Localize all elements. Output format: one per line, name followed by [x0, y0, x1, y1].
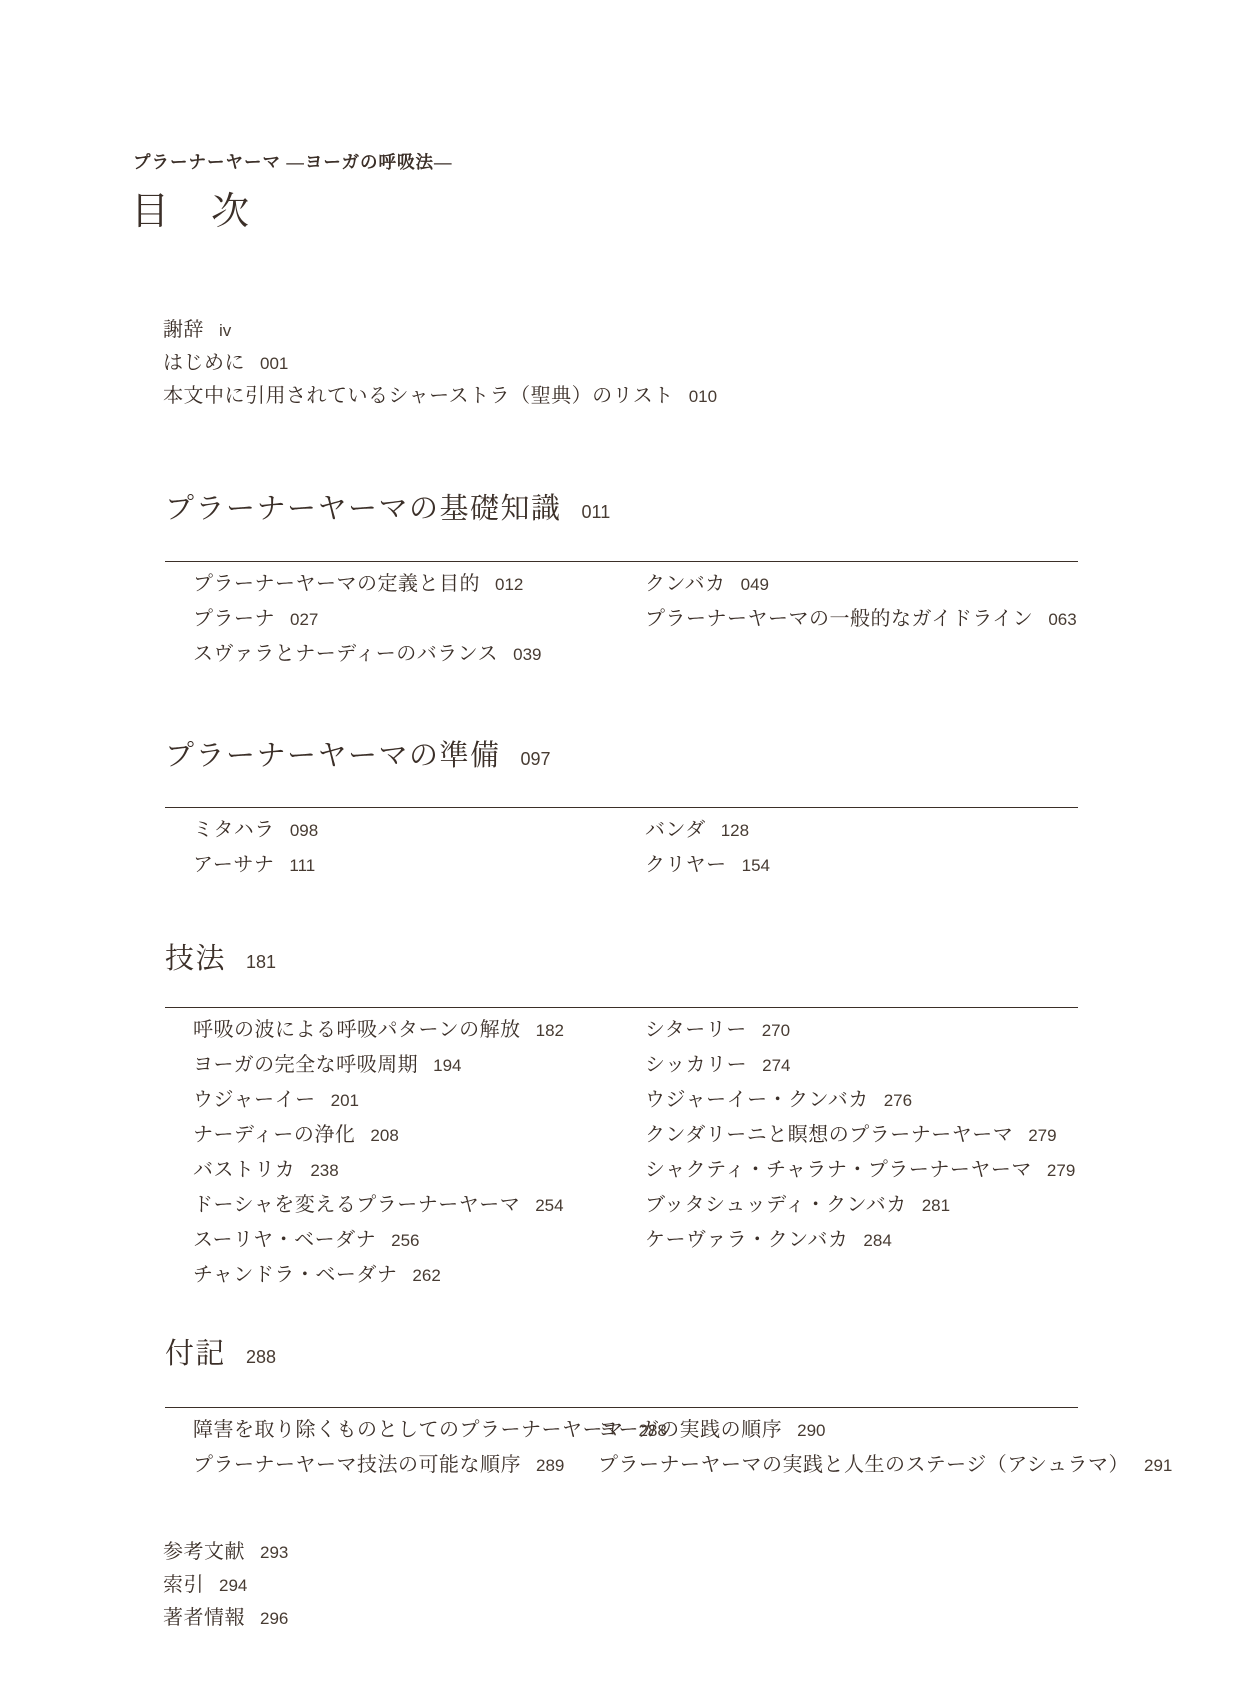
toc-entry-page: 281	[922, 1196, 950, 1215]
toc-entry-page: 208	[370, 1126, 398, 1145]
toc-entry: シッカリー274	[645, 1048, 1078, 1083]
toc-entry-label: プラーナーヤーマの実践と人生のステージ（アシュラマ）	[598, 1454, 1129, 1476]
toc-entry-page: 291	[1144, 1456, 1172, 1475]
toc-entry-page: 049	[741, 575, 769, 594]
toc-entry-page: 270	[762, 1021, 790, 1040]
section-title: 技法	[165, 943, 226, 975]
toc-entry: ブッタシュッディ・クンバカ281	[645, 1188, 1078, 1223]
toc-entry-label: シャクティ・チャラナ・プラーナーヤーマ	[645, 1159, 1032, 1181]
toc-entry: 障害を取り除くものとしてのプラーナーヤーマ288	[193, 1413, 598, 1448]
toc-entry-label: シターリー	[645, 1019, 747, 1041]
toc-entry-label: はじめに	[163, 352, 245, 374]
section-right-column: クンバカ049プラーナーヤーマの一般的なガイドライン063	[645, 567, 1078, 672]
toc-entry-label: クリヤー	[645, 854, 727, 876]
toc-entry-page: 012	[495, 575, 523, 594]
toc-entry-label: ヨーガの実践の順序	[598, 1419, 782, 1441]
toc-entry: プラーナ027	[193, 602, 645, 637]
toc-entry-page: 262	[412, 1266, 440, 1285]
toc-entry-page: 001	[260, 354, 288, 373]
toc-entry-label: クンバカ	[645, 573, 726, 595]
toc-entry-page: 290	[797, 1421, 825, 1440]
toc-entry: バストリカ238	[193, 1153, 645, 1188]
section-rule	[165, 807, 1078, 808]
toc-entry-label: 索引	[163, 1574, 204, 1596]
toc-entry: 著者情報296	[163, 1602, 288, 1635]
section-left-column: 呼吸の波による呼吸パターンの解放182ヨーガの完全な呼吸周期194ウジャーイー2…	[193, 1013, 645, 1293]
toc-entry: プラーナーヤーマの実践と人生のステージ（アシュラマ）291	[598, 1448, 1172, 1483]
toc-entry-page: 274	[762, 1056, 790, 1075]
toc-entry-page: 098	[290, 821, 318, 840]
toc-entry-label: プラーナーヤーマの定義と目的	[193, 573, 480, 595]
section-page-number: 181	[246, 952, 276, 972]
toc-entry: 本文中に引用されているシャーストラ（聖典）のリスト010	[163, 380, 717, 413]
toc-entry-page: 293	[260, 1543, 288, 1562]
section-heading: プラーナーヤーマの準備 097	[165, 733, 1078, 774]
section-title: プラーナーヤーマの準備	[165, 740, 501, 772]
toc-entry-label: アーサナ	[193, 854, 274, 876]
toc-entry-label: スヴァラとナーディーのバランス	[193, 643, 498, 665]
section-right-column: ヨーガの実践の順序290プラーナーヤーマの実践と人生のステージ（アシュラマ）29…	[598, 1413, 1172, 1483]
toc-entry-label: バンダ	[645, 819, 706, 841]
toc-entry-page: 289	[536, 1456, 564, 1475]
toc-entry: ケーヴァラ・クンバカ284	[645, 1223, 1078, 1258]
section-left-column: 障害を取り除くものとしてのプラーナーヤーマ288プラーナーヤーマ技法の可能な順序…	[193, 1413, 598, 1483]
section-title: 付記	[165, 1338, 226, 1370]
section-rule	[165, 1407, 1078, 1408]
toc-entry: クンダリーニと瞑想のプラーナーヤーマ279	[645, 1118, 1078, 1153]
toc-entry-label: 参考文献	[163, 1541, 245, 1563]
toc-entry-page: 276	[884, 1091, 912, 1110]
toc-entry-label: シッカリー	[645, 1054, 747, 1076]
frontmatter-list: 謝辞ivはじめに001本文中に引用されているシャーストラ（聖典）のリスト010	[163, 314, 717, 413]
section-right-column: シターリー270シッカリー274ウジャーイー・クンバカ276クンダリーニと瞑想の…	[645, 1013, 1078, 1293]
toc-entry-page: 182	[536, 1021, 564, 1040]
toc-entry-label: ウジャーイー・クンバカ	[645, 1089, 869, 1111]
toc-entry-label: プラーナーヤーマの一般的なガイドライン	[645, 608, 1033, 630]
toc-entry-page: 154	[742, 856, 770, 875]
toc-entry: プラーナーヤーマの定義と目的012	[193, 567, 645, 602]
toc-entry-page: 010	[689, 387, 717, 406]
section-page-number: 097	[521, 749, 551, 769]
toc-entry-label: ケーヴァラ・クンバカ	[645, 1229, 848, 1251]
toc-entry-label: 謝辞	[163, 319, 204, 341]
toc-entry-label: ミタハラ	[193, 819, 275, 841]
section-left-column: プラーナーヤーマの定義と目的012プラーナ027スヴァラとナーディーのバランス0…	[193, 567, 645, 672]
section-left-column: ミタハラ098アーサナ111	[193, 813, 645, 883]
toc-entry-label: プラーナ	[193, 608, 275, 630]
toc-entry: 呼吸の波による呼吸パターンの解放182	[193, 1013, 645, 1048]
section-preparation: プラーナーヤーマの準備 097 ミタハラ098アーサナ111 バンダ128クリヤ…	[165, 733, 1078, 883]
toc-entry-label: ドーシャを変えるプラーナーヤーマ	[193, 1194, 520, 1216]
toc-entry-label: 呼吸の波による呼吸パターンの解放	[193, 1019, 521, 1041]
toc-entry-page: 194	[433, 1056, 461, 1075]
toc-entry: ミタハラ098	[193, 813, 645, 848]
toc-entry: プラーナーヤーマ技法の可能な順序289	[193, 1448, 598, 1483]
toc-entry-label: ブッタシュッディ・クンバカ	[645, 1194, 907, 1216]
backmatter-list: 参考文献293索引294著者情報296	[163, 1536, 288, 1635]
toc-entry: 謝辞iv	[163, 314, 717, 347]
toc-entry: ヨーガの完全な呼吸周期194	[193, 1048, 645, 1083]
toc-entry: ドーシャを変えるプラーナーヤーマ254	[193, 1188, 645, 1223]
toc-entry: バンダ128	[645, 813, 1078, 848]
toc-entry-label: ヨーガの完全な呼吸周期	[193, 1054, 418, 1076]
toc-entry: クンバカ049	[645, 567, 1078, 602]
toc-entry: スーリヤ・ベーダナ256	[193, 1223, 645, 1258]
series-title: プラーナーヤーマ ―ヨーガの呼吸法―	[133, 149, 453, 174]
page-title: 目 次	[131, 180, 251, 235]
section-right-column: バンダ128クリヤー154	[645, 813, 1078, 883]
section-columns: ミタハラ098アーサナ111 バンダ128クリヤー154	[165, 813, 1078, 883]
toc-entry-label: 著者情報	[163, 1607, 245, 1629]
toc-entry-page: 238	[310, 1161, 338, 1180]
toc-entry-page: iv	[219, 321, 231, 340]
section-columns: プラーナーヤーマの定義と目的012プラーナ027スヴァラとナーディーのバランス0…	[165, 567, 1078, 672]
toc-entry-page: 294	[219, 1576, 247, 1595]
toc-page: プラーナーヤーマ ―ヨーガの呼吸法― 目 次 謝辞ivはじめに001本文中に引用…	[0, 0, 1242, 1693]
section-rule	[165, 561, 1078, 562]
toc-entry: 索引294	[163, 1569, 288, 1602]
toc-entry-page: 027	[290, 610, 318, 629]
toc-entry: アーサナ111	[193, 848, 645, 883]
toc-entry: シャクティ・チャラナ・プラーナーヤーマ279	[645, 1153, 1078, 1188]
toc-entry: ナーディーの浄化208	[193, 1118, 645, 1153]
section-heading: 付記 288	[165, 1331, 1078, 1372]
section-title: プラーナーヤーマの基礎知識	[165, 493, 562, 525]
toc-entry-page: 279	[1047, 1161, 1075, 1180]
toc-entry-page: 279	[1028, 1126, 1056, 1145]
toc-entry: ウジャーイー201	[193, 1083, 645, 1118]
section-columns: 呼吸の波による呼吸パターンの解放182ヨーガの完全な呼吸周期194ウジャーイー2…	[165, 1013, 1078, 1293]
toc-entry-page: 254	[535, 1196, 563, 1215]
toc-entry-label: バストリカ	[193, 1159, 295, 1181]
section-heading: プラーナーヤーマの基礎知識 011	[165, 486, 1078, 527]
toc-entry-page: 039	[513, 645, 541, 664]
section-appendix: 付記 288 障害を取り除くものとしてのプラーナーヤーマ288プラーナーヤーマ技…	[165, 1331, 1078, 1483]
toc-entry: クリヤー154	[645, 848, 1078, 883]
toc-entry-page: 111	[289, 856, 315, 875]
toc-entry: 参考文献293	[163, 1536, 288, 1569]
toc-entry-label: クンダリーニと瞑想のプラーナーヤーマ	[645, 1124, 1013, 1146]
toc-entry-page: 128	[721, 821, 749, 840]
toc-entry-label: ウジャーイー	[193, 1089, 316, 1111]
section-columns: 障害を取り除くものとしてのプラーナーヤーマ288プラーナーヤーマ技法の可能な順序…	[165, 1413, 1078, 1483]
toc-entry-page: 296	[260, 1609, 288, 1628]
toc-entry: チャンドラ・ベーダナ262	[193, 1258, 645, 1293]
toc-entry-page: 201	[331, 1091, 359, 1110]
toc-entry-label: ナーディーの浄化	[193, 1124, 355, 1146]
toc-entry-label: スーリヤ・ベーダナ	[193, 1229, 376, 1251]
section-page-number: 288	[246, 1347, 276, 1367]
toc-entry: ヨーガの実践の順序290	[598, 1413, 1172, 1448]
toc-entry: ウジャーイー・クンバカ276	[645, 1083, 1078, 1118]
section-page-number: 011	[582, 502, 611, 522]
toc-entry-label: チャンドラ・ベーダナ	[193, 1264, 397, 1286]
toc-entry: プラーナーヤーマの一般的なガイドライン063	[645, 602, 1078, 637]
toc-entry: シターリー270	[645, 1013, 1078, 1048]
section-heading: 技法 181	[165, 936, 1078, 977]
toc-entry-page: 256	[391, 1231, 419, 1250]
toc-entry-label: プラーナーヤーマ技法の可能な順序	[193, 1454, 521, 1476]
toc-entry: スヴァラとナーディーのバランス039	[193, 637, 645, 672]
toc-entry: はじめに001	[163, 347, 717, 380]
section-techniques: 技法 181 呼吸の波による呼吸パターンの解放182ヨーガの完全な呼吸周期194…	[165, 936, 1078, 1293]
section-basics: プラーナーヤーマの基礎知識 011 プラーナーヤーマの定義と目的012プラーナ0…	[165, 486, 1078, 672]
toc-entry-label: 本文中に引用されているシャーストラ（聖典）のリスト	[163, 385, 674, 407]
toc-entry-label: 障害を取り除くものとしてのプラーナーヤーマ	[193, 1419, 624, 1441]
section-rule	[165, 1007, 1078, 1008]
toc-entry-page: 284	[863, 1231, 891, 1250]
toc-entry-page: 063	[1048, 610, 1076, 629]
